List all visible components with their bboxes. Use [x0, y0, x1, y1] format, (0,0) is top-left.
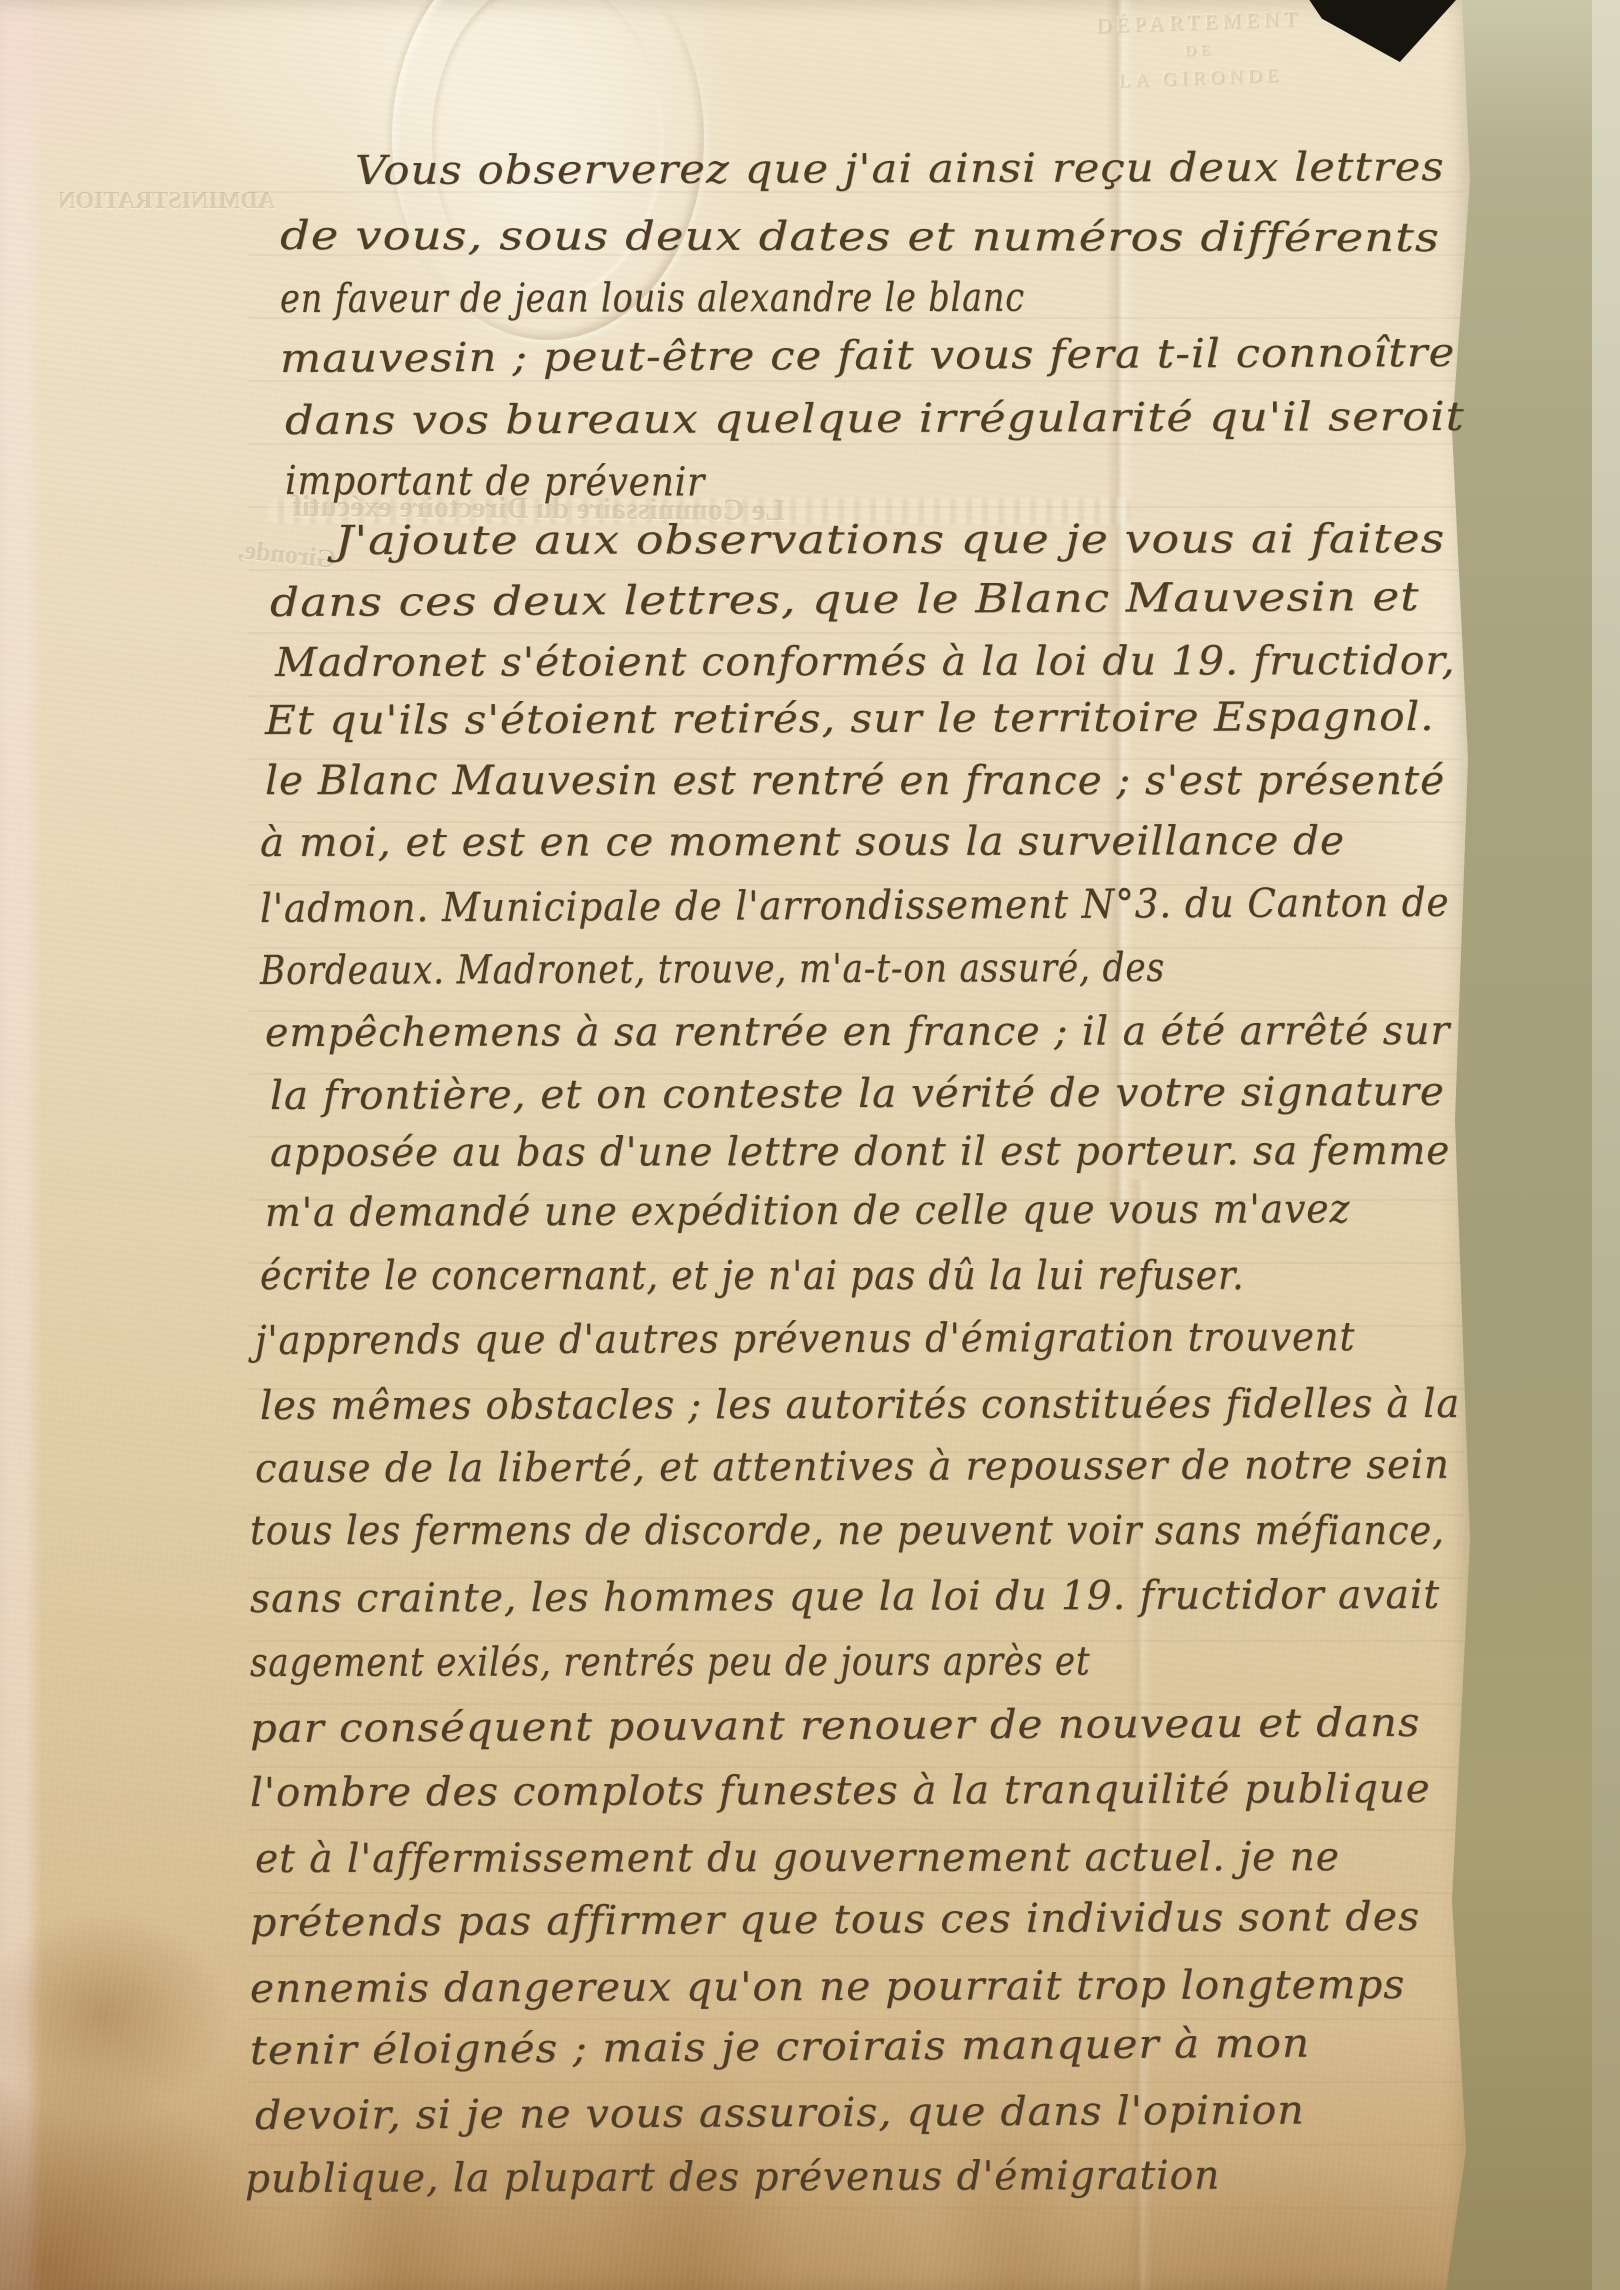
manuscript-line: important de prévenir: [285, 458, 705, 505]
manuscript: Vous observerez que j'ai ainsi reçu deux…: [0, 0, 1620, 2290]
manuscript-line: Vous observerez que j'ai ainsi reçu deux…: [355, 144, 1445, 194]
manuscript-line: Madronet s'étoient conformés à la loi du…: [275, 638, 1456, 686]
manuscript-line: mauvesin ; peut-être ce fait vous fera t…: [280, 330, 1455, 382]
manuscript-line: publique, la plupart des prévenus d'émig…: [245, 2153, 1220, 2202]
manuscript-line: sans crainte, les hommes que la loi du 1…: [250, 1572, 1440, 1622]
manuscript-line: les mêmes obstacles ; les autorités cons…: [260, 1381, 1460, 1429]
photograph-of-manuscript: { "page": { "title": "Handwritten French…: [0, 0, 1620, 2290]
manuscript-line: écrite le concernant, et je n'ai pas dû …: [260, 1253, 1245, 1299]
manuscript-line: la frontière, et on conteste la vérité d…: [270, 1069, 1445, 1119]
manuscript-line: Bordeaux. Madronet, trouve, m'a-t-on ass…: [260, 945, 1165, 994]
manuscript-line: et à l'affermissement du gouvernement ac…: [255, 1834, 1340, 1882]
manuscript-line: sagement exilés, rentrés peu de jours ap…: [250, 1639, 1090, 1686]
manuscript-line: à moi, et est en ce moment sous la surve…: [260, 818, 1345, 866]
manuscript-line: dans ces deux lettres, que le Blanc Mauv…: [270, 574, 1420, 626]
manuscript-line: tous les fermens de discorde, ne peuvent…: [250, 1508, 1445, 1554]
manuscript-line: le Blanc Mauvesin est rentré en france ;…: [265, 758, 1445, 804]
manuscript-line: Et qu'ils s'étoient retirés, sur le terr…: [265, 694, 1435, 744]
manuscript-line: l'ombre des complots funestes à la tranq…: [250, 1766, 1431, 1816]
manuscript-line: dans vos bureaux quelque irrégularité qu…: [285, 394, 1465, 444]
manuscript-line: empêchemens à sa rentrée en france ; il …: [265, 1008, 1450, 1056]
manuscript-line: ennemis dangereux qu'on ne pourrait trop…: [250, 1962, 1405, 2012]
manuscript-line: en faveur de jean louis alexandre le bla…: [280, 275, 1025, 322]
manuscript-line: J'ajoute aux observations que je vous ai…: [335, 516, 1445, 564]
manuscript-line: cause de la liberté, et attentives à rep…: [255, 1442, 1450, 1492]
manuscript-line: par conséquent pouvant renouer de nouvea…: [250, 1700, 1421, 1752]
manuscript-line: l'admon. Municipale de l'arrondissement …: [260, 880, 1450, 932]
manuscript-line: j'apprends que d'autres prévenus d'émigr…: [255, 1314, 1355, 1364]
manuscript-line: devoir, si je ne vous assurois, que dans…: [255, 2088, 1305, 2139]
manuscript-line: tenir éloignés ; mais je croirais manque…: [250, 2021, 1310, 2074]
manuscript-line: prétends pas affirmer que tous ces indiv…: [250, 1894, 1420, 1946]
manuscript-line: apposée au bas d'une lettre dont il est …: [270, 1128, 1450, 1176]
manuscript-line: m'a demandé une expédition de celle que …: [265, 1186, 1350, 1236]
manuscript-line: de vous, sous deux dates et numéros diff…: [280, 213, 1440, 261]
